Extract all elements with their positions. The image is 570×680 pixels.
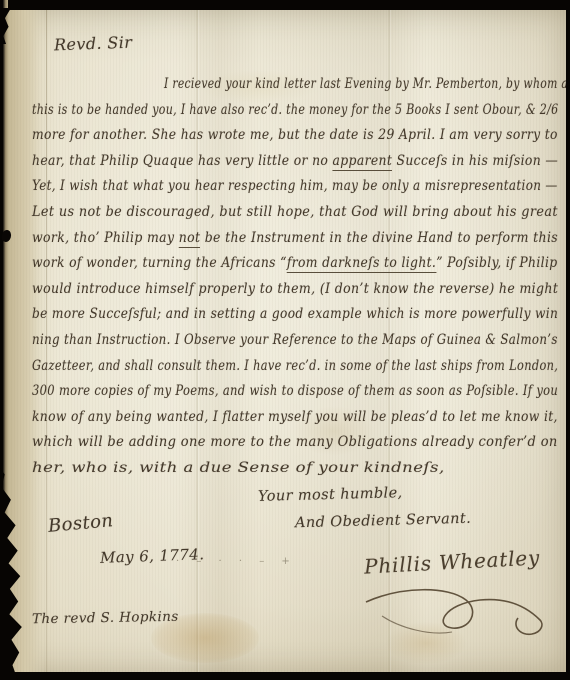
line-text: ” Poſsibly, if Philip [436,255,557,271]
line-text: be more Succeſsful; and in setting a goo… [32,306,558,322]
line-text: Gazetteer, and shall consult them. I hav… [32,358,558,374]
letter-line: be more Succeſsful; and in setting a goo… [32,302,558,328]
letter-line: know of any being wanted, I flatter myse… [32,405,558,431]
line-text: her, who is, with a due Sense of your ki… [32,460,445,476]
letter-line: work, tho’ Philip may not be the Instrum… [32,226,558,252]
letter-line: ning than Instruction. I Observe your Re… [32,328,558,354]
line-text: which will be adding one more to the man… [32,434,558,450]
line-text: hear, that Philip Quaque has very little… [32,153,333,169]
letter-line: her, who is, with a due Sense of your ki… [32,456,558,482]
closing-line-servant: And Obedient Servant. [295,511,472,532]
line-text: more for another. She has wrote me, but … [32,127,558,143]
pencil-marks: · – · · – + [176,556,297,567]
letter-body: I recieved your kind letter last Evening… [32,72,558,482]
letter-line: would introduce himself properly to them… [32,277,558,303]
line-text: work of wonder, turning the Africans “ [32,255,287,271]
line-text: I recieved your kind letter last Evening… [164,76,570,92]
closing-line-humble: Your most humble, [258,485,403,505]
line-text: ning than Instruction. I Observe your Re… [32,332,558,348]
letter-line: hear, that Philip Quaque has very little… [32,149,558,175]
letter-line: this is to be handed you, I have also re… [32,98,558,124]
letter-line: I recieved your kind letter last Evening… [32,72,558,98]
line-text: work, tho’ Philip may [32,230,179,246]
line-text: Yet, I wish that what you hear respectin… [32,178,558,194]
line-text: 300 more copies of my Poems, and wish to… [32,383,558,399]
letter-line: work of wonder, turning the Africans “fr… [32,251,558,277]
scanned-letter-page: Revd. Sir I recieved your kind letter la… [0,0,570,680]
underlined-phrase: from darkneſs to light. [287,255,436,273]
line-text: know of any being wanted, I flatter myse… [32,409,558,425]
signature-flourish [360,582,550,648]
place-boston: Boston [47,510,114,537]
letter-line: Yet, I wish that what you hear respectin… [32,174,558,200]
underlined-phrase: apparent [333,153,393,171]
underlined-phrase: not [179,230,201,248]
mat-edge-right [566,0,570,680]
letter-line: 300 more copies of my Poems, and wish to… [32,379,558,405]
salutation: Revd. Sir [54,33,133,55]
addressee-rev-s-hopkins: The revd S. Hopkins [32,609,179,628]
line-text: Let us not be discouraged, but still hop… [32,204,558,220]
signature-phillis-wheatley: Phillis Wheatley [363,545,540,578]
letter-line: Gazetteer, and shall consult them. I hav… [32,354,558,380]
line-text: would introduce himself properly to them… [32,281,558,297]
letter-line: which will be adding one more to the man… [32,430,558,456]
letter-paper: Revd. Sir I recieved your kind letter la… [8,10,566,672]
line-text: be the Instrument in the divine Hand to … [200,230,558,246]
line-text: Succeſs in his miſsion — [392,153,558,169]
mat-edge-top [0,0,570,10]
line-text: this is to be handed you, I have also re… [32,102,559,118]
letter-line: Let us not be discouraged, but still hop… [32,200,558,226]
letter-line: more for another. She has wrote me, but … [32,123,558,149]
mat-edge-bottom [0,672,570,680]
